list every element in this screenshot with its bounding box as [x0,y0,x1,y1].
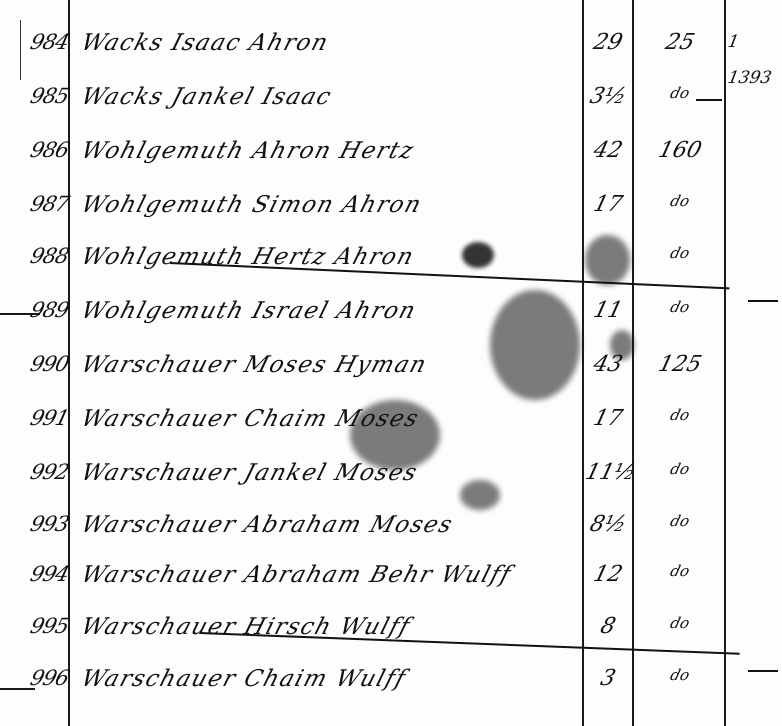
entry-age: 17 [583,406,633,431]
register-entry: 993 Warschauer Abraham Moses 8½ do [0,512,782,552]
entry-age: 3½ [583,84,633,109]
entry-number: 987 [15,192,71,216]
register-entry: 990 Warschauer Moses Hyman 43 125 [0,352,782,392]
entry-number: 992 [15,460,71,484]
entry-name: Warschauer Hirsch Wulff [78,614,580,640]
entry-number: 990 [15,352,71,376]
entry-value-ditto: do [638,406,722,424]
entry-value-ditto: do [638,298,722,316]
entry-value-ditto: do [638,192,722,210]
entry-age: 8½ [583,512,633,537]
entry-number: 996 [15,666,71,690]
entry-name: Wohlgemuth Hertz Ahron [78,244,580,270]
entry-age: 42 [583,138,633,163]
register-entry: 985 Wacks Jankel Isaac 3½ do [0,84,782,124]
entry-age: 11½ [583,460,633,485]
register-entry: 988 Wohlgemuth Hertz Ahron do [0,244,782,284]
register-entry: 986 Wohlgemuth Ahron Hertz 42 160 [0,138,782,178]
entry-number: 989 [15,298,71,322]
entry-number: 991 [15,406,71,430]
entry-value-ditto: do [638,460,722,478]
entry-value-ditto: do [638,562,722,580]
entry-value-ditto: do [638,614,722,632]
entry-number: 995 [15,614,71,638]
register-entry: 987 Wohlgemuth Simon Ahron 17 do [0,192,782,232]
entry-name: Wohlgemuth Simon Ahron [78,192,580,218]
register-entry: 994 Warschauer Abraham Behr Wulff 12 do [0,562,782,602]
entry-number: 986 [15,138,71,162]
entry-name: Warschauer Chaim Moses [78,406,580,432]
entry-value: 160 [637,138,723,163]
entry-name: Wacks Jankel Isaac [78,84,580,110]
entry-number: 988 [15,244,71,268]
register-entry: 992 Warschauer Jankel Moses 11½ do [0,460,782,500]
entry-age: 17 [583,192,633,217]
register-entry: 984 Wacks Isaac Ahron 29 25 [0,30,782,70]
entry-name: Warschauer Abraham Moses [78,512,580,538]
register-entry: 996 Warschauer Chaim Wulff 3 do [0,666,782,706]
entry-name: Warschauer Jankel Moses [78,460,580,486]
entry-value: 25 [637,30,723,55]
entry-name: Warschauer Moses Hyman [78,352,580,378]
entry-name: Wacks Isaac Ahron [78,30,580,56]
register-entry: 991 Warschauer Chaim Moses 17 do [0,406,782,446]
entry-number: 993 [15,512,71,536]
entry-name: Warschauer Abraham Behr Wulff [78,562,580,588]
entry-value-ditto: do [638,244,722,262]
entry-value-ditto: do [638,84,722,102]
entry-age: 29 [583,30,633,55]
entry-value: 125 [637,352,723,377]
register-entry: 989 Wohlgemuth Israel Ahron 11 do [0,298,782,338]
entry-name: Warschauer Chaim Wulff [78,666,580,692]
entry-age: 11 [583,298,633,323]
entry-age: 3 [583,666,633,691]
entry-number: 985 [15,84,71,108]
entry-name: Wohlgemuth Ahron Hertz [78,138,580,164]
entry-number: 984 [15,30,71,54]
entry-value-ditto: do [638,512,722,530]
register-entry: 995 Warschauer Hirsch Wulff 8 do [0,614,782,654]
entry-age: 12 [583,562,633,587]
entry-value-ditto: do [638,666,722,684]
entry-name: Wohlgemuth Israel Ahron [78,298,580,324]
entry-number: 994 [15,562,71,586]
entry-age: 8 [583,614,633,639]
entry-age: 43 [583,352,633,377]
register-page: 1 1393 984 Wacks Isaac Ahron 29 25 985 W… [0,0,782,726]
